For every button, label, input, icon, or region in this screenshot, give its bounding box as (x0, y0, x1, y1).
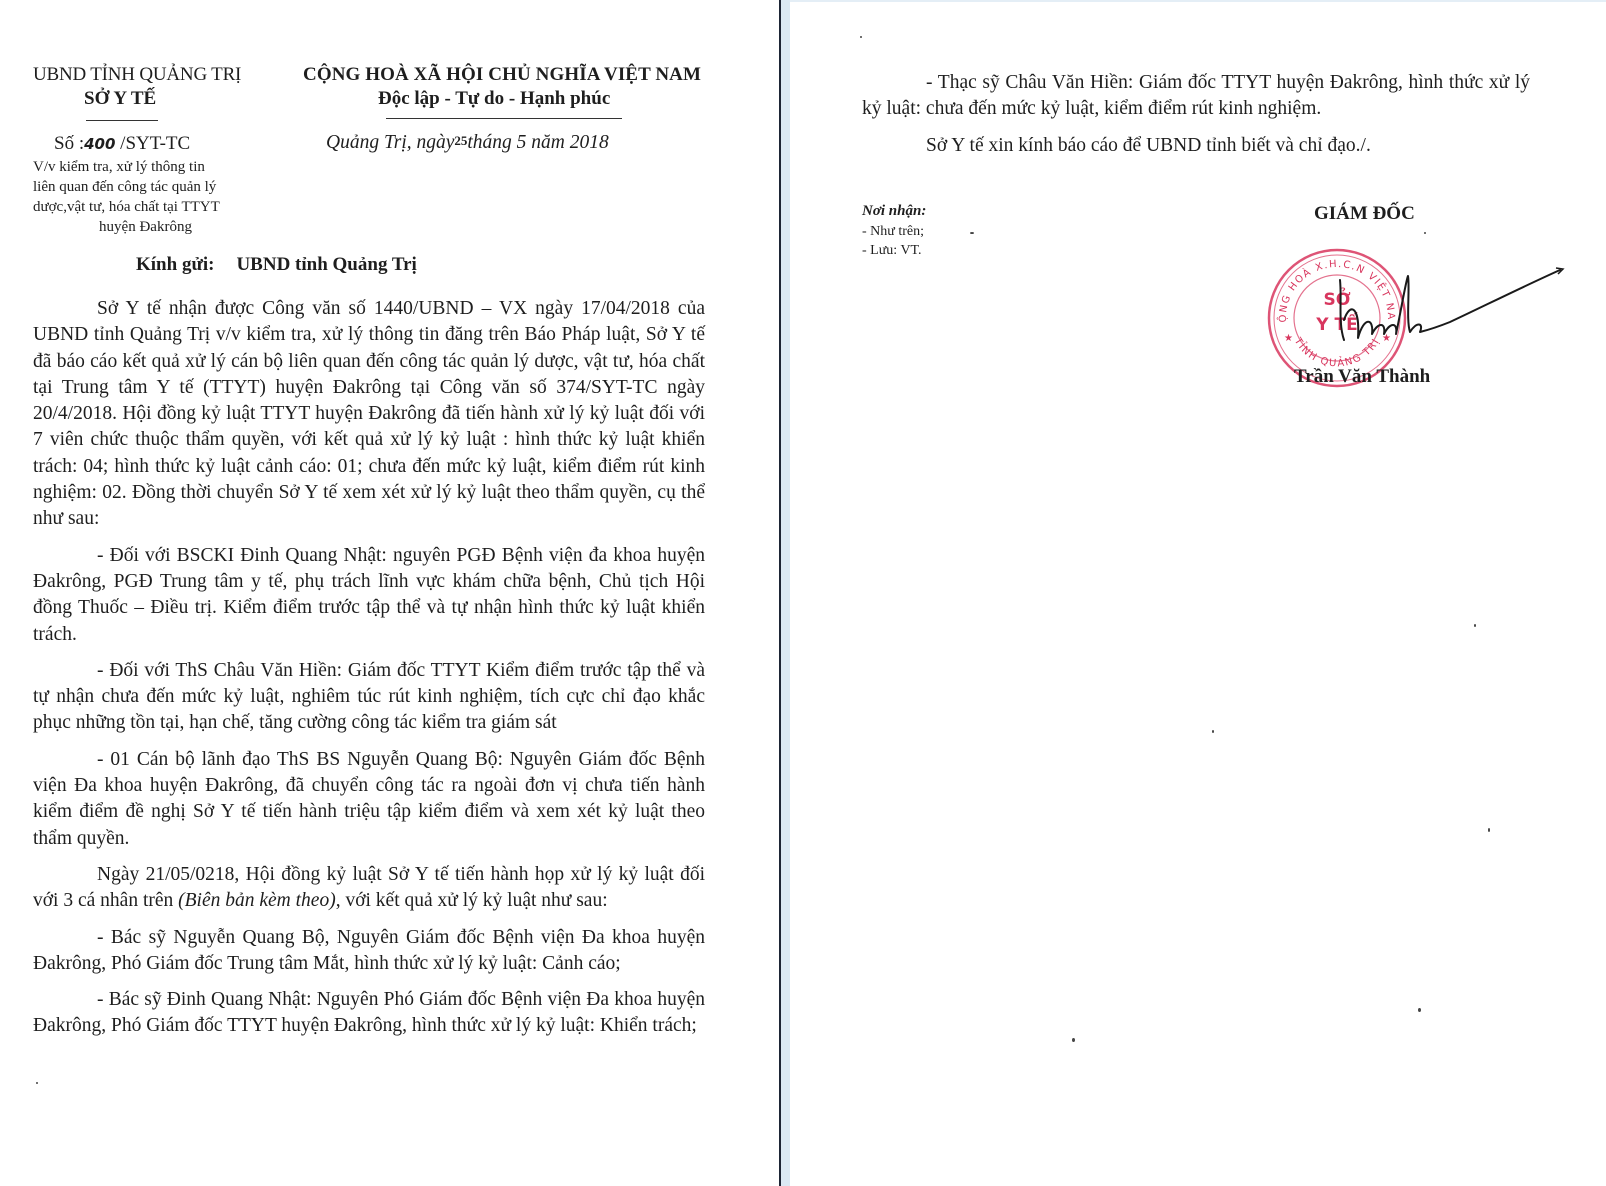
national-title: CỘNG HOÀ XÃ HỘI CHỦ NGHĨA VIỆT NAM (303, 64, 701, 86)
subject-line: V/v kiểm tra, xử lý thông tin (33, 157, 258, 177)
paragraph-item: - Bác sỹ Nguyễn Quang Bộ, Nguyên Giám đố… (33, 925, 705, 978)
recipients-item: - Như trên; (862, 224, 924, 240)
page-2 (790, 0, 1606, 1186)
svg-text:★: ★ (1284, 333, 1293, 344)
paragraph-item: - Đối với ThS Châu Văn Hiền: Giám đốc TT… (33, 658, 705, 737)
page-1: UBND TỈNH QUẢNG TRỊ SỞ Y TẾ Số :400 /SYT… (0, 0, 780, 1186)
signer-title: GIÁM ĐỐC (1314, 203, 1415, 225)
scan-speck (1212, 730, 1214, 733)
document-number: Số :400 /SYT-TC (54, 133, 190, 155)
paragraph-item: - Thạc sỹ Châu Văn Hiền: Giám đốc TTYT h… (862, 70, 1530, 123)
letter-body-page-2: - Thạc sỹ Châu Văn Hiền: Giám đốc TTYT h… (862, 70, 1530, 169)
letter-body-page-1: Sở Y tế nhận được Công văn số 1440/UBND … (33, 296, 705, 1050)
scan-speck (970, 232, 974, 234)
scan-speck (1424, 232, 1426, 234)
scan-speck (1072, 1038, 1075, 1042)
doc-number-suffix: /SYT-TC (115, 133, 190, 154)
meeting-text-end: , với kết quả xử lý kỷ luật như sau: (336, 890, 608, 911)
scan-speck (860, 36, 862, 38)
handwritten-signature-icon (1320, 260, 1565, 350)
doc-number-handwritten: 400 (84, 135, 115, 153)
scan-speck (36, 1082, 38, 1084)
recipient-name: UBND tỉnh Quảng Trị (236, 254, 416, 275)
scan-speck (1488, 828, 1490, 832)
header-underline (86, 120, 158, 121)
paragraph-intro: Sở Y tế nhận được Công văn số 1440/UBND … (33, 296, 705, 533)
national-motto: Độc lập - Tự do - Hạnh phúc (378, 88, 610, 110)
motto-underline (386, 118, 622, 119)
paragraph-meeting: Ngày 21/05/0218, Hội đồng kỷ luật Sở Y t… (33, 862, 705, 915)
page-gutter (781, 0, 790, 1186)
doc-number-prefix: Số : (54, 133, 84, 154)
subject-line: dược,vật tư, hóa chất tại TTYT (33, 197, 258, 217)
issuing-department: SỞ Y TẾ (84, 88, 156, 110)
document-subject: V/v kiểm tra, xử lý thông tin liên quan … (33, 157, 258, 237)
signer-name: Trần Văn Thành (1294, 366, 1430, 388)
scan-speck (1474, 624, 1476, 627)
date-prefix: Quảng Trị, ngày (326, 132, 454, 153)
date-suffix: tháng 5 năm 2018 (467, 132, 608, 153)
paragraph-item: - Đối với BSCKI Đinh Quang Nhật: nguyên … (33, 543, 705, 648)
paragraph-item: - Bác sỹ Đinh Quang Nhật: Nguyên Phó Giá… (33, 987, 705, 1040)
dateline: Quảng Trị, ngày25tháng 5 năm 2018 (326, 132, 609, 154)
subject-line: liên quan đến công tác quản lý (33, 177, 258, 197)
scan-speck (1418, 1008, 1421, 1012)
meeting-attachment-note: (Biên bản kèm theo) (178, 890, 336, 911)
recipients-title: Nơi nhận: (862, 203, 926, 220)
date-day-handwritten: 25 (454, 133, 467, 148)
page-2-top-edge (790, 0, 1606, 2)
recipient-label: Kính gửi: (136, 254, 214, 275)
recipients-item: - Lưu: VT. (862, 243, 922, 259)
recipient-line: Kính gửi:UBND tỉnh Quảng Trị (136, 254, 417, 276)
paragraph-item: - 01 Cán bộ lãnh đạo ThS BS Nguyễn Quang… (33, 747, 705, 852)
subject-line: huyện Đakrông (33, 217, 258, 237)
issuing-agency: UBND TỈNH QUẢNG TRỊ (33, 64, 241, 86)
paragraph-closing: Sở Y tế xin kính báo cáo để UBND tỉnh bi… (862, 133, 1530, 159)
